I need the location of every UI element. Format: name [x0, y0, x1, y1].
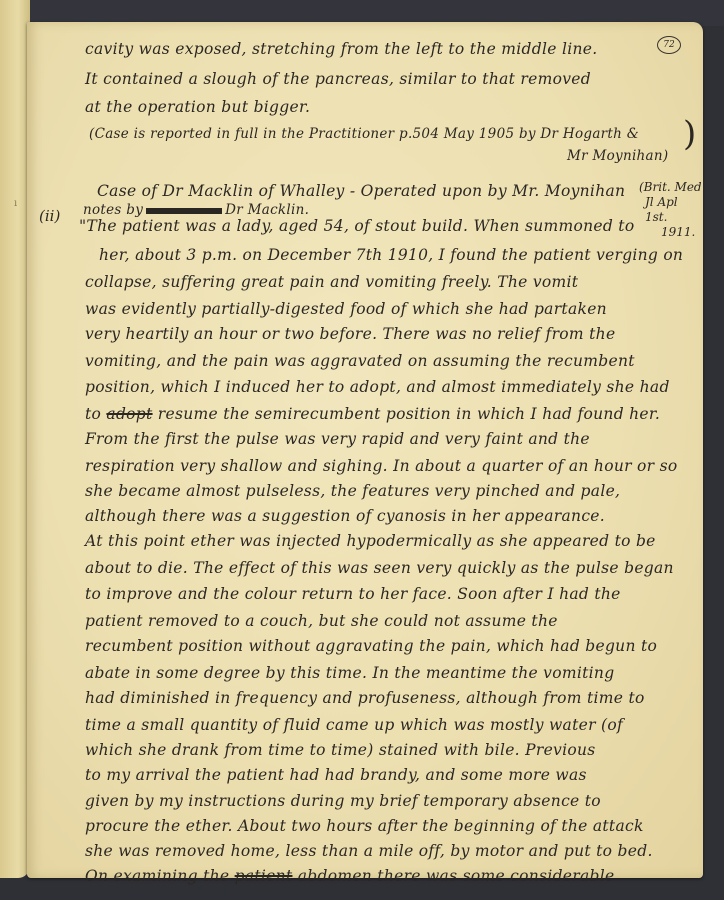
text-line: she became almost pulseless, the feature…	[85, 482, 620, 500]
text-line: abate in some degree by this time. In th…	[85, 664, 614, 682]
text-line: she was removed home, less than a mile o…	[85, 842, 653, 860]
text-line: her, about 3 p.m. on December 7th 1910, …	[99, 246, 683, 264]
struck-word: patient	[235, 867, 293, 885]
text-line: very heartily an hour or two before. The…	[85, 325, 615, 343]
text-line: was evidently partially-digested food of…	[85, 300, 607, 318]
reference-note: (Case is reported in full in the Practit…	[89, 126, 639, 142]
text-line: cavity was exposed, stretching from the …	[85, 40, 597, 58]
text-line: recumbent position without aggravating t…	[85, 637, 657, 655]
text-line: patient removed to a couch, but she coul…	[85, 612, 558, 630]
notes-by-author: Dr Macklin.	[225, 202, 309, 218]
notes-by-line: notes byDr Macklin.	[83, 202, 309, 218]
citation-line: Jl Apl 1st.	[639, 195, 703, 225]
text-line: respiration very shallow and sighing. In…	[85, 457, 678, 475]
text-line: although there was a suggestion of cyano…	[85, 507, 605, 525]
text-line: position, which I induced her to adopt, …	[85, 378, 670, 396]
text-fragment: abdomen there was some considerable	[298, 867, 615, 885]
text-line-with-correction: On examining the patient abdomen there w…	[85, 867, 614, 885]
case-number: (ii)	[39, 207, 60, 225]
text-line: time a small quantity of fluid came up w…	[85, 716, 623, 734]
redacted-text	[146, 208, 222, 214]
manuscript-page: 72 cavity was exposed, stretching from t…	[27, 22, 703, 878]
text-line: It contained a slough of the pancreas, s…	[85, 70, 591, 88]
text-line: From the first the pulse was very rapid …	[85, 430, 590, 448]
gutter-mark: ı	[14, 198, 17, 209]
text-fragment: resume the semirecumbent position in whi…	[158, 405, 660, 423]
citation-line: (Brit. Med	[639, 180, 703, 195]
page-number: 72	[657, 36, 681, 54]
closing-bracket: )	[683, 114, 696, 154]
notes-by-label: notes by	[83, 202, 143, 218]
text-line: about to die. The effect of this was see…	[85, 559, 674, 577]
text-line: had diminished in frequency and profusen…	[85, 689, 645, 707]
text-line: given by my instructions during my brief…	[85, 792, 601, 810]
text-line: at the operation but bigger.	[85, 98, 310, 116]
text-line: "The patient was a lady, aged 54, of sto…	[79, 217, 634, 235]
struck-word: adopt	[106, 405, 152, 423]
text-line: vomiting, and the pain was aggravated on…	[85, 352, 635, 370]
text-fragment: On examining the	[85, 867, 229, 885]
text-fragment: to	[85, 405, 101, 423]
text-line: to improve and the colour return to her …	[85, 585, 621, 603]
text-line-with-correction: to adopt resume the semirecumbent positi…	[85, 405, 660, 423]
text-line: collapse, suffering great pain and vomit…	[85, 273, 578, 291]
text-line: At this point ether was injected hypoder…	[85, 532, 656, 550]
text-line: procure the ether. About two hours after…	[85, 817, 644, 835]
reference-note-cont: Mr Moynihan)	[567, 148, 668, 164]
citation: (Brit. Med Jl Apl 1st. 1911.	[639, 180, 703, 240]
citation-line: 1911.	[639, 225, 703, 240]
previous-page-edge: ı	[0, 0, 30, 878]
case-heading: Case of Dr Macklin of Whalley - Operated…	[97, 182, 625, 200]
text-line: which she drank from time to time) stain…	[85, 741, 596, 759]
text-line: to my arrival the patient had had brandy…	[85, 766, 587, 784]
